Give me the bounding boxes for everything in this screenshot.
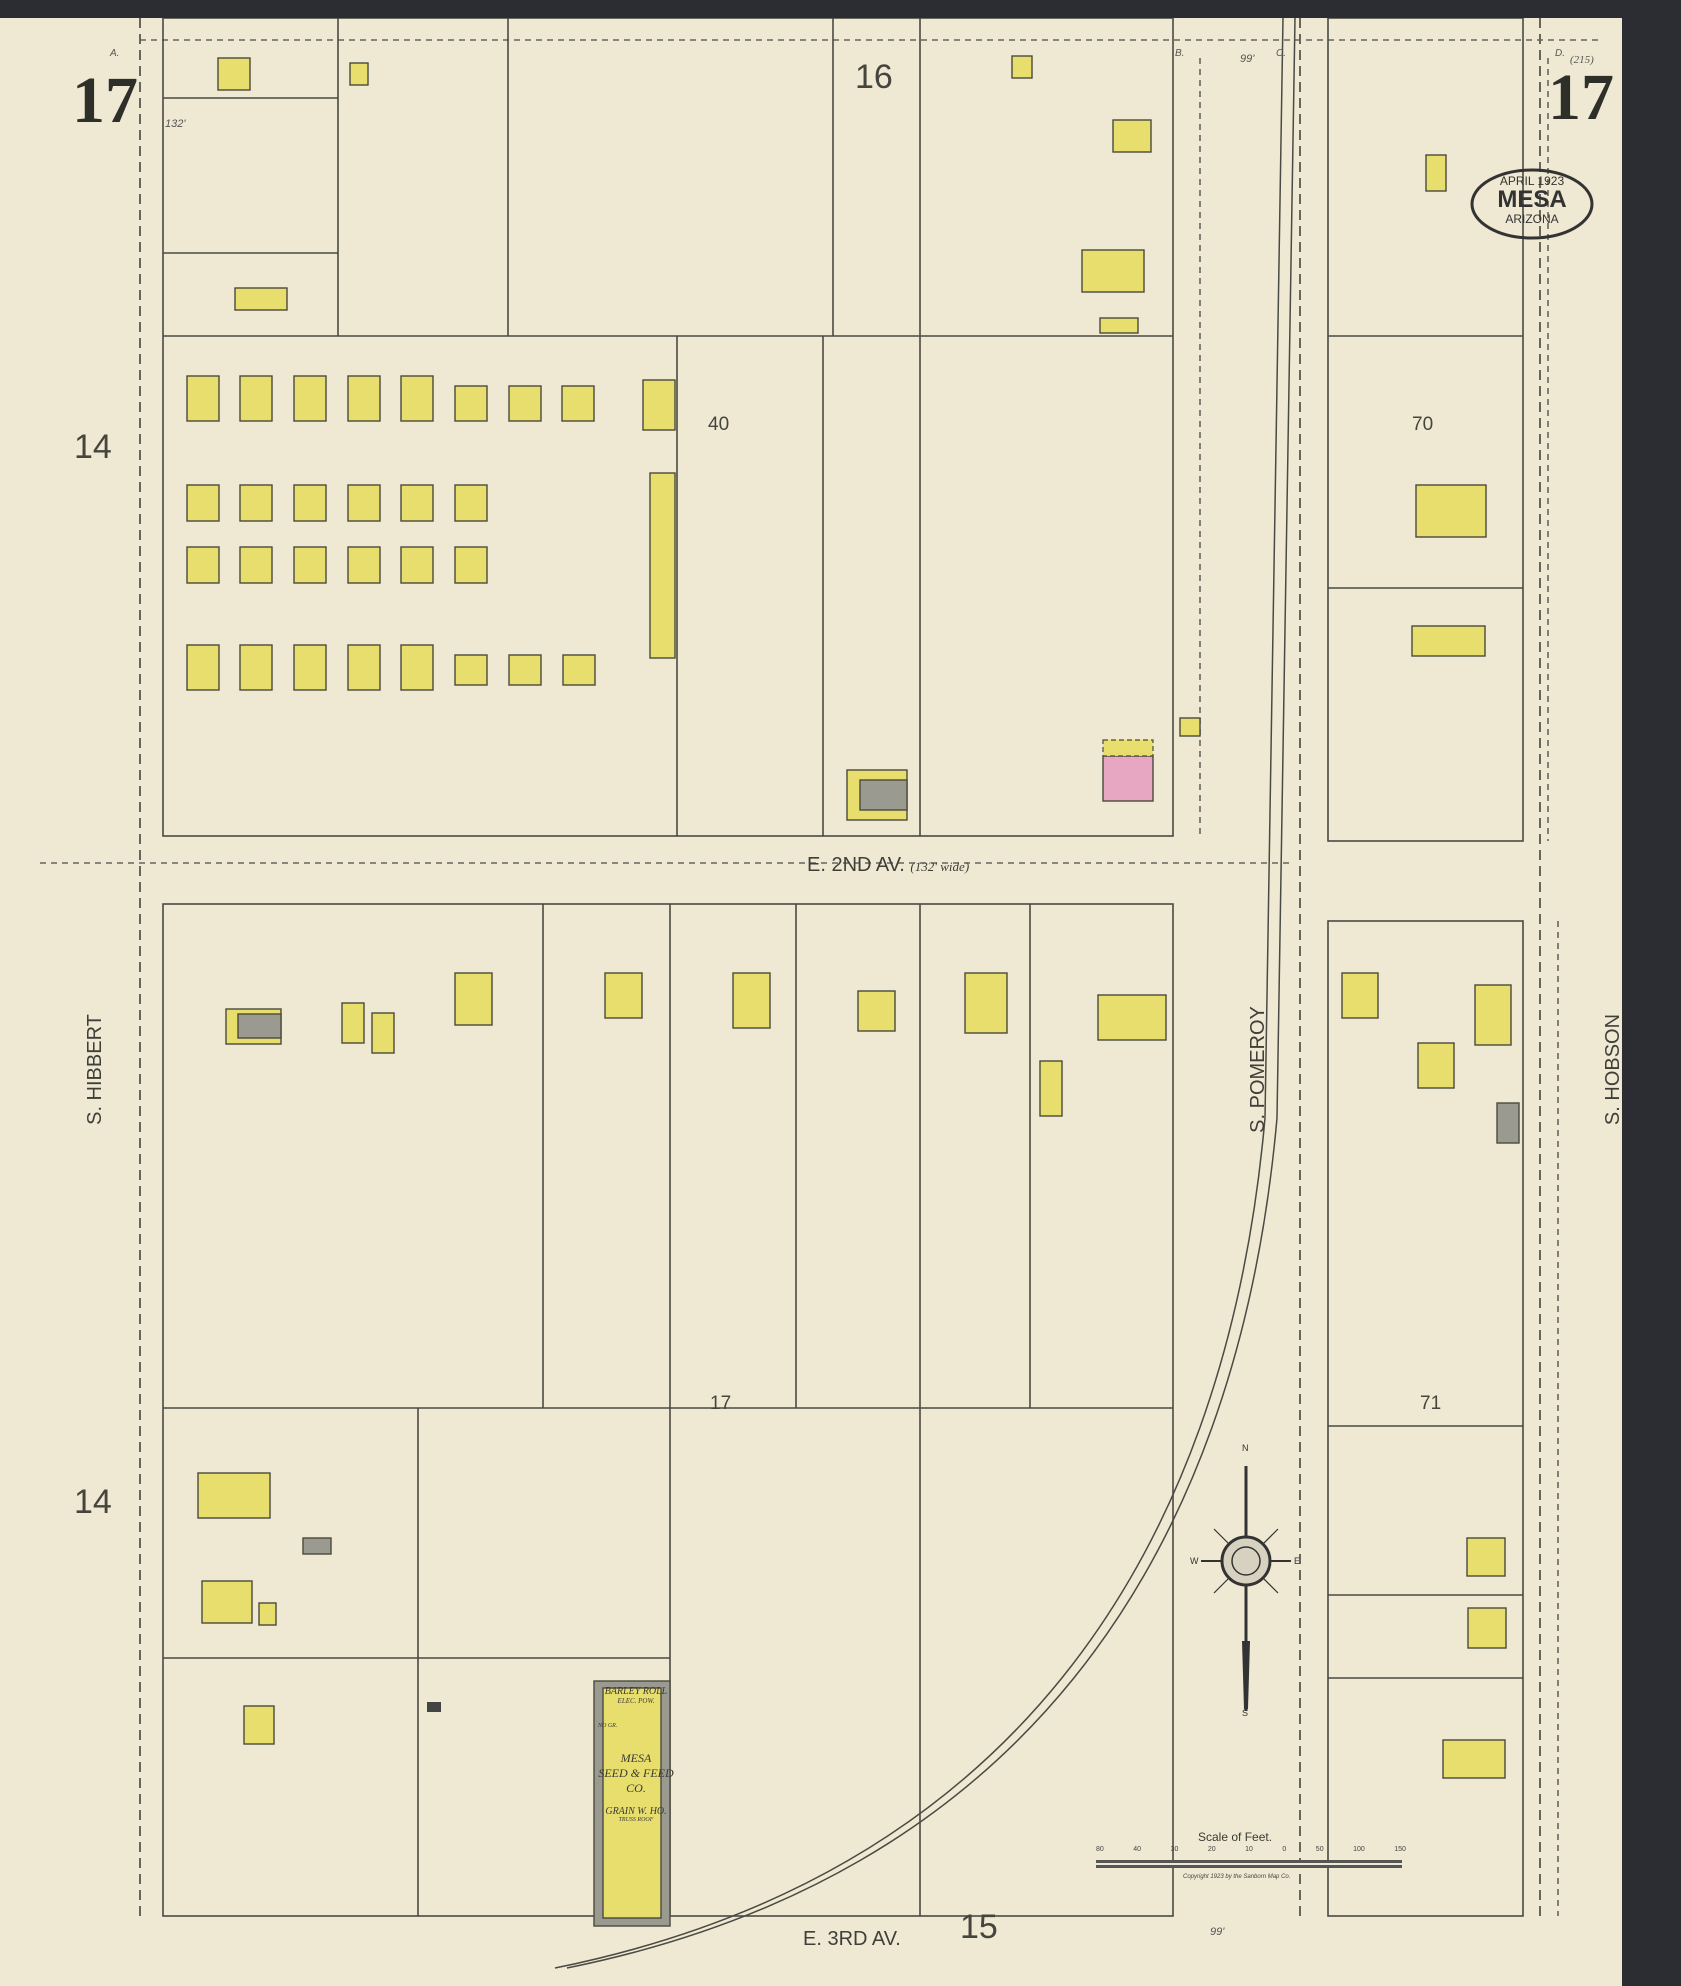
stamp-state: ARIZONA bbox=[1472, 212, 1592, 226]
alley-a: A. bbox=[110, 48, 119, 59]
dim-99-top: 99' bbox=[1240, 53, 1254, 65]
sheet-number-right: 17 bbox=[1548, 60, 1614, 136]
map-sheet: 17 17 (215) APRIL 1923 MESA ARIZONA E. 2… bbox=[0, 18, 1622, 1986]
compass-rose bbox=[1201, 1466, 1291, 1711]
mesa-seed-labels: BARLEY ROLL ELEC. POW. NO GR. MESA SEED … bbox=[598, 1686, 674, 1823]
bungalow-court bbox=[187, 376, 675, 690]
s-pomeroy-label: S. POMEROY bbox=[1247, 1006, 1270, 1133]
copyright: Copyright 1923 by the Sanborn Map Co. bbox=[1183, 1874, 1290, 1880]
adjacent-sheet-16[interactable]: 16 bbox=[855, 58, 893, 97]
scale-title: Scale of Feet. bbox=[1198, 1830, 1272, 1844]
e-3rd-av-label: E. 3RD AV. bbox=[803, 1928, 901, 1951]
block-number-17: 17 bbox=[710, 1393, 731, 1415]
scale-ticks: 8040302010050100150 bbox=[1096, 1846, 1406, 1853]
alley-d: D. bbox=[1555, 48, 1565, 59]
garage-row bbox=[650, 473, 675, 658]
compass-n: N bbox=[1242, 1443, 1249, 1453]
block-number-70: 70 bbox=[1412, 414, 1433, 436]
s-hobson-label: S. HOBSON bbox=[1602, 1014, 1625, 1125]
adjacent-sheet-15[interactable]: 15 bbox=[960, 1908, 998, 1947]
alley-c: C. bbox=[1276, 48, 1286, 59]
compass-s: S bbox=[1242, 1708, 1248, 1718]
e-2nd-av-label: E. 2ND AV. (132' wide) bbox=[807, 854, 969, 877]
dim-132: 132' bbox=[165, 118, 185, 130]
garage-gray bbox=[860, 780, 907, 810]
adjacent-sheet-14-top[interactable]: 14 bbox=[74, 428, 112, 467]
s-hibbert-label: S. HIBBERT bbox=[84, 1014, 107, 1125]
pink-dwelling bbox=[1103, 756, 1153, 801]
sheet-number-left: 17 bbox=[72, 60, 138, 139]
railroad-track bbox=[555, 18, 1283, 1968]
adjacent-sheet-14-bottom[interactable]: 14 bbox=[74, 1483, 112, 1522]
stamp-text: APRIL 1923 MESA ARIZONA bbox=[1472, 174, 1592, 226]
sheet-ref: (215) bbox=[1570, 54, 1594, 66]
block-number-71: 71 bbox=[1420, 1393, 1441, 1415]
sanborn-map bbox=[0, 18, 1622, 1986]
dim-99-bottom: 99' bbox=[1210, 1926, 1224, 1938]
compass-w: W bbox=[1190, 1556, 1199, 1566]
scale-bar bbox=[1096, 1860, 1402, 1868]
compass-e: E bbox=[1294, 1556, 1300, 1566]
stamp-city: MESA bbox=[1472, 188, 1592, 212]
block-number-40: 40 bbox=[708, 414, 729, 436]
alley-b: B. bbox=[1175, 48, 1184, 59]
